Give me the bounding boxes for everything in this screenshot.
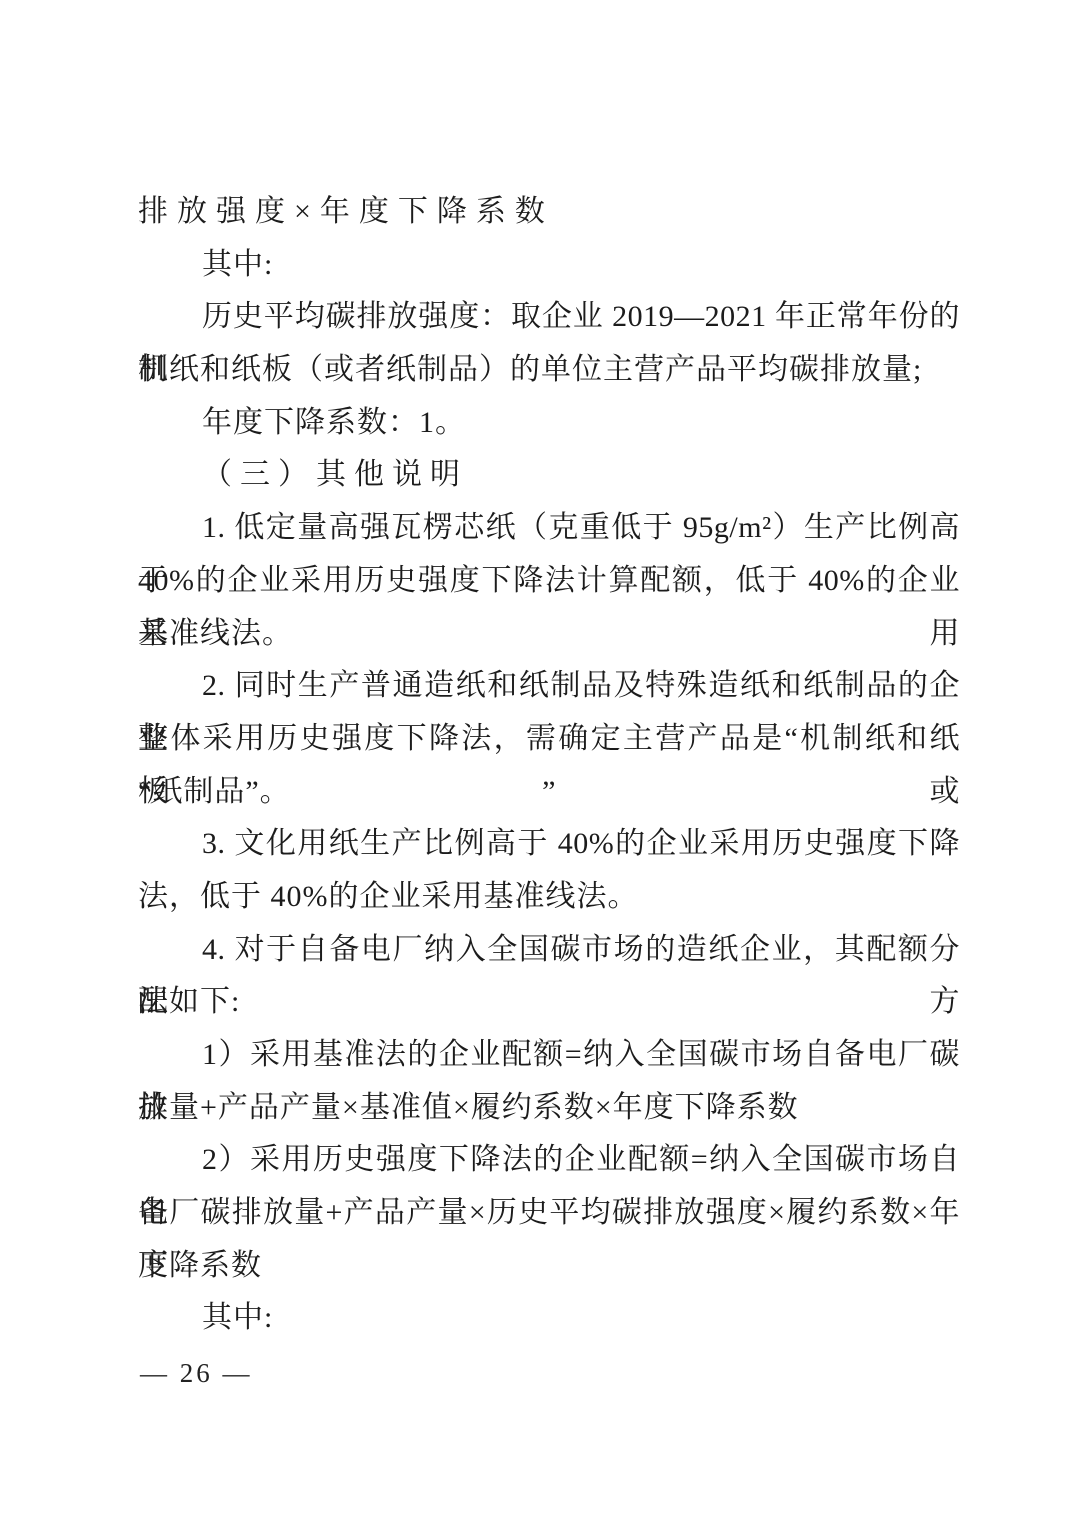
document-page: 排放强度×年度下降系数其中:历史平均碳排放强度：取企业 2019—2021 年正… bbox=[0, 0, 1080, 1527]
text-line: 制纸和纸板（或者纸制品）的单位主营产品平均碳排放量; bbox=[138, 344, 960, 397]
text-line: 其中: bbox=[138, 239, 960, 292]
text-line: 1）采用基准法的企业配额=纳入全国碳市场自备电厂碳排 bbox=[138, 1029, 960, 1082]
text-line: 电厂碳排放量+产品产量×历史平均碳排放强度×履约系数×年度 bbox=[138, 1187, 960, 1240]
text-line: 放量+产品产量×基准值×履约系数×年度下降系数 bbox=[138, 1082, 960, 1135]
text-line: 其中: bbox=[138, 1292, 960, 1345]
text-line: 4. 对于自备电厂纳入全国碳市场的造纸企业，其配额分配方 bbox=[138, 924, 960, 977]
text-line: 2）采用历史强度下降法的企业配额=纳入全国碳市场自备 bbox=[138, 1134, 960, 1187]
text-line: 整体采用历史强度下降法，需确定主营产品是“机制纸和纸板”或 bbox=[138, 713, 960, 766]
text-line: 排放强度×年度下降系数 bbox=[138, 186, 960, 239]
document-body: 排放强度×年度下降系数其中:历史平均碳排放强度：取企业 2019—2021 年正… bbox=[138, 186, 960, 1345]
text-line: 3. 文化用纸生产比例高于 40%的企业采用历史强度下降 bbox=[138, 818, 960, 871]
text-line: 历史平均碳排放强度：取企业 2019—2021 年正常年份的机 bbox=[138, 291, 960, 344]
text-line: 40%的企业采用历史强度下降法计算配额，低于 40%的企业采用 bbox=[138, 555, 960, 608]
text-line: 年度下降系数：1。 bbox=[138, 397, 960, 450]
text-line: 法，低于 40%的企业采用基准线法。 bbox=[138, 871, 960, 924]
text-line: 下降系数 bbox=[138, 1240, 960, 1293]
text-line: （三）其他说明 bbox=[138, 449, 960, 502]
text-line: 2. 同时生产普通造纸和纸制品及特殊造纸和纸制品的企业 bbox=[138, 660, 960, 713]
text-line: 1. 低定量高强瓦楞芯纸（克重低于 95g/m²）生产比例高于 bbox=[138, 502, 960, 555]
page-number: — 26 — bbox=[140, 1358, 253, 1389]
